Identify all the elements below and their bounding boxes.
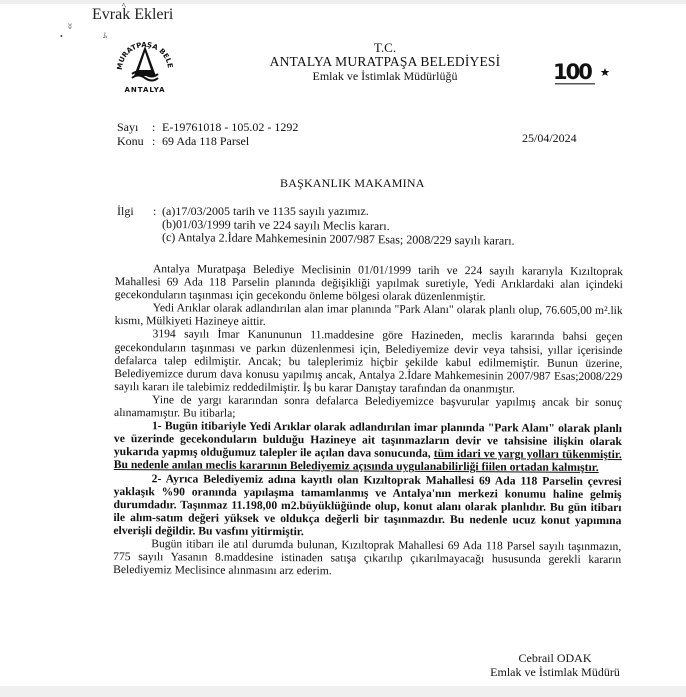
- references-separator: :: [153, 205, 156, 218]
- letterhead-organization: ANTALYA MURATPAŞA BELEDİYESİ: [240, 55, 530, 69]
- scan-bottom-edge: [0, 686, 686, 697]
- signature-block: Cebrail ODAK Emlak ve İstimlak Müdürü: [470, 651, 640, 679]
- scan-speck: •: [60, 32, 63, 41]
- references-list: (a)17/03/2005 tarih ve 1135 sayılı yazım…: [162, 205, 515, 244]
- signatory-name: Cebrail ODAK: [470, 651, 640, 665]
- body-paragraph: 3194 sayılı İmar Kanununun 11.maddesine …: [114, 327, 622, 396]
- document-number-value: E-19761018 - 105.02 - 1292: [162, 120, 298, 134]
- document-meta: Sayı : E-19761018 - 105.02 - 1292 Konu :…: [117, 120, 298, 148]
- muratpasa-municipality-logo-icon: MURATPAŞA BELEDİYESİ ANTALYA: [112, 30, 178, 96]
- municipality-logo: MURATPAŞA BELEDİYESİ ANTALYA: [112, 30, 178, 96]
- document-number-row: Sayı : E-19761018 - 105.02 - 1292: [117, 120, 298, 134]
- document-number-label: Sayı: [117, 120, 152, 134]
- letterhead: T.C. ANTALYA MURATPAŞA BELEDİYESİ Emlak …: [240, 41, 530, 83]
- letter-body: Antalya Muratpaşa Belediye Meclisinin 01…: [113, 262, 623, 579]
- body-paragraph-request: Bugün itibarı ile atıl durumda bulunan, …: [113, 537, 621, 579]
- republic-100th-year-logo-icon: 100: [553, 60, 615, 86]
- body-paragraph: Yedi Arıklar olarak adlandırılan alan im…: [115, 301, 623, 330]
- references-label: İlgi: [117, 205, 145, 218]
- body-paragraph: Antalya Muratpaşa Belediye Meclisinin 01…: [115, 262, 623, 304]
- scan-speck: ﾑ: [103, 30, 107, 41]
- centennial-logo-text: 100: [553, 60, 592, 84]
- reference-item: (a)17/03/2005 tarih ve 1135 sayılı yazım…: [162, 205, 515, 218]
- logo-bottom-text: ANTALYA: [124, 86, 165, 94]
- scan-speck: ʬ: [68, 22, 72, 31]
- document-number-separator: :: [152, 120, 162, 134]
- document-subject-row: Konu : 69 Ada 118 Parsel: [117, 134, 298, 148]
- document-date: 25/04/2024: [522, 131, 577, 146]
- addressee: BAŞKANLIK MAKAMINA: [280, 176, 425, 191]
- signatory-title: Emlak ve İstimlak Müdürü: [470, 665, 640, 679]
- centennial-logo: 100: [553, 60, 615, 86]
- document-subject-label: Konu: [117, 134, 152, 148]
- body-paragraph: Yine de yargı kararından sonra defalarca…: [114, 393, 622, 422]
- document-subject-separator: :: [152, 134, 162, 148]
- document-subject-value: 69 Ada 118 Parsel: [162, 134, 249, 148]
- body-paragraph-item-1: 1- Bugün itibariyle Yedi Arıklar olarak …: [114, 419, 622, 474]
- attachments-title: Evrak Ekleri: [92, 6, 173, 24]
- body-paragraph-item-2: 2- Ayrıca Belediyemiz adına kayıtlı olan…: [113, 471, 621, 540]
- letterhead-country: T.C.: [240, 41, 530, 55]
- reference-item: (c) Antalya 2.İdare Mahkemesinin 2007/98…: [162, 231, 515, 248]
- scan-speck: ﾍ: [122, 0, 126, 11]
- letterhead-department: Emlak ve İstimlak Müdürlüğü: [240, 69, 530, 83]
- scan-top-edge: [0, 0, 686, 4]
